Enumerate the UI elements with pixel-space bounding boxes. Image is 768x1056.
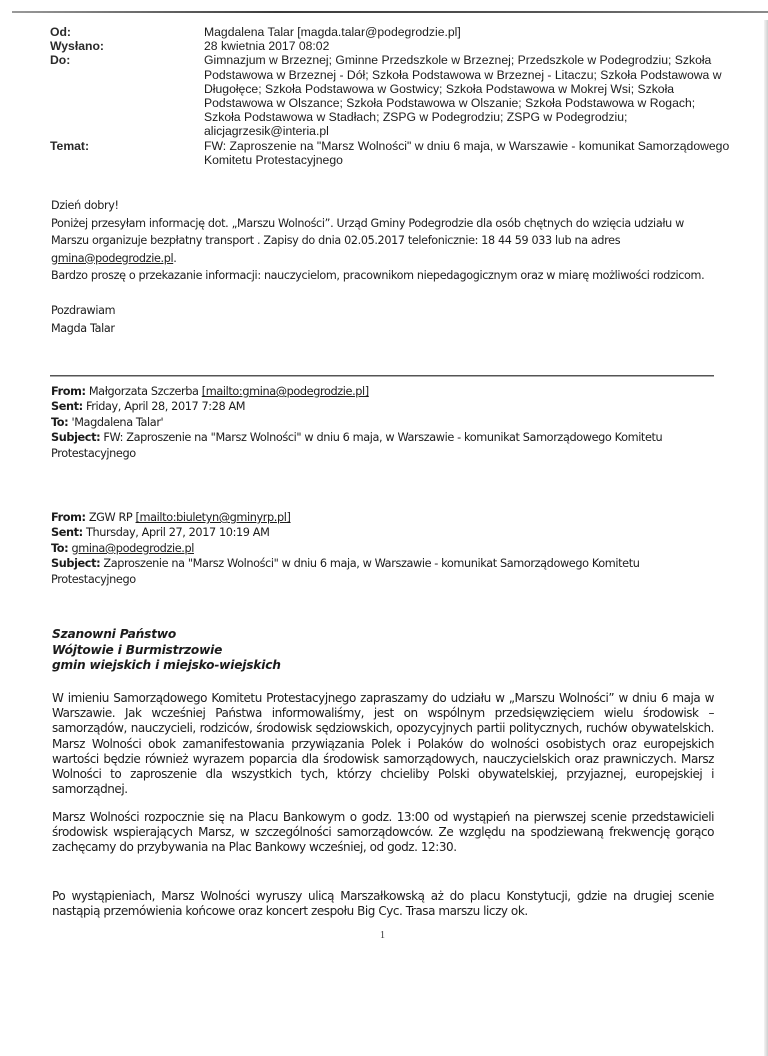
from-value: Magdalena Talar [magda.talar@podegrodzie… [204,25,730,39]
transport-info-end: . [173,252,176,265]
forward-header-1: From: Małgorzata Szczerba [mailto:gmina@… [51,384,721,461]
paragraph-text: Po wystąpieniach, Marsz Wolności wyruszy… [52,889,714,919]
salutation-line: Szanowni Państwo [52,627,652,643]
forward-separator [50,375,714,376]
fwd1-sent-label: Sent: [51,400,83,413]
letter-paragraph: Marsz Wolności rozpocznie się na Placu B… [52,810,714,856]
fwd2-sent-value: Thursday, April 27, 2017 10:19 AM [86,526,269,539]
email-link[interactable]: gmina@podegrodzie.pl [51,252,173,265]
letter-paragraph: W imieniu Samorządowego Komitetu Protest… [52,691,714,797]
header-sent-row: Wysłano: 28 kwietnia 2017 08:02 [50,39,730,53]
fwd1-from-row: From: Małgorzata Szczerba [mailto:gmina@… [51,384,721,399]
fwd1-to-label: To: [51,416,68,429]
header-to-row: Do: Gimnazjum w Brzeznej; Gminne Przedsz… [50,53,730,138]
fwd1-subject-value: FW: Zaproszenie na "Marsz Wolności" w dn… [51,431,662,459]
subject-value: FW: Zaproszenie na "Marsz Wolności" w dn… [204,139,730,167]
request-info: Bardzo proszę o przekazanie informacji: … [51,267,711,285]
fwd1-sent-row: Sent: Friday, April 28, 2017 7:28 AM [51,399,721,414]
fwd1-to-value: 'Magdalena Talar' [72,416,164,429]
fwd2-from-label: From: [51,511,86,524]
page-number: 1 [380,930,385,941]
from-label: Od: [50,25,204,39]
header-subject-row: Temat: FW: Zaproszenie na "Marsz Wolnośc… [50,139,730,167]
fwd2-sent-row: Sent: Thursday, April 27, 2017 10:19 AM [51,525,721,540]
fwd2-subject-row: Subject: Zaproszenie na "Marsz Wolności"… [51,556,721,587]
fwd2-to-row: To: gmina@podegrodzie.pl [51,541,721,556]
letter-paragraph: Po wystąpieniach, Marsz Wolności wyruszy… [52,889,714,919]
signature: Magda Talar [51,320,711,338]
scan-edge-right [764,20,768,1056]
forward-header-2: From: ZGW RP [mailto:biuletyn@gminyrp.pl… [51,510,721,587]
fwd2-subject-value: Zaproszenie na "Marsz Wolności" w dniu 6… [51,557,640,585]
fwd1-from-label: From: [51,385,86,398]
fwd2-to-link[interactable]: gmina@podegrodzie.pl [72,542,194,555]
closing: Pozdrawiam [51,302,711,320]
transport-info: Poniżej przesyłam informację dot. „Marsz… [51,215,711,268]
outlook-header: Od: Magdalena Talar [magda.talar@podegro… [50,25,730,167]
fwd2-mailto-link[interactable]: [mailto:biuletyn@gminyrp.pl] [136,511,291,524]
fwd1-subject-row: Subject: FW: Zaproszenie na "Marsz Wolno… [51,430,721,461]
header-from-row: Od: Magdalena Talar [magda.talar@podegro… [50,25,730,39]
salutation-line: gmin wiejskich i miejsko-wiejskich [52,658,652,674]
paragraph-text: Marsz Wolności rozpocznie się na Placu B… [52,810,714,856]
sent-label: Wysłano: [50,39,204,53]
transport-info-text: Poniżej przesyłam informację dot. „Marsz… [51,217,684,248]
fwd2-sent-label: Sent: [51,526,83,539]
fwd1-subject-label: Subject: [51,431,100,444]
fwd1-from-name: Małgorzata Szczerba [89,385,202,398]
fwd1-mailto-link[interactable]: [mailto:gmina@podegrodzie.pl] [202,385,369,398]
greeting: Dzień dobry! [51,197,711,215]
message-body: Dzień dobry! Poniżej przesyłam informacj… [51,197,711,337]
fwd1-sent-value: Friday, April 28, 2017 7:28 AM [86,400,245,413]
fwd2-subject-label: Subject: [51,557,100,570]
fwd2-from-name: ZGW RP [89,511,136,524]
fwd1-to-row: To: 'Magdalena Talar' [51,415,721,430]
to-label: Do: [50,53,204,138]
sent-value: 28 kwietnia 2017 08:02 [204,39,730,53]
fwd2-to-label: To: [51,542,68,555]
paragraph-text: W imieniu Samorządowego Komitetu Protest… [52,691,714,797]
subject-label: Temat: [50,139,204,167]
scan-edge-top [12,11,768,13]
to-value: Gimnazjum w Brzeznej; Gminne Przedszkole… [204,53,730,138]
letter-salutation: Szanowni Państwo Wójtowie i Burmistrzowi… [52,627,652,674]
fwd2-from-row: From: ZGW RP [mailto:biuletyn@gminyrp.pl… [51,510,721,525]
salutation-line: Wójtowie i Burmistrzowie [52,643,652,659]
